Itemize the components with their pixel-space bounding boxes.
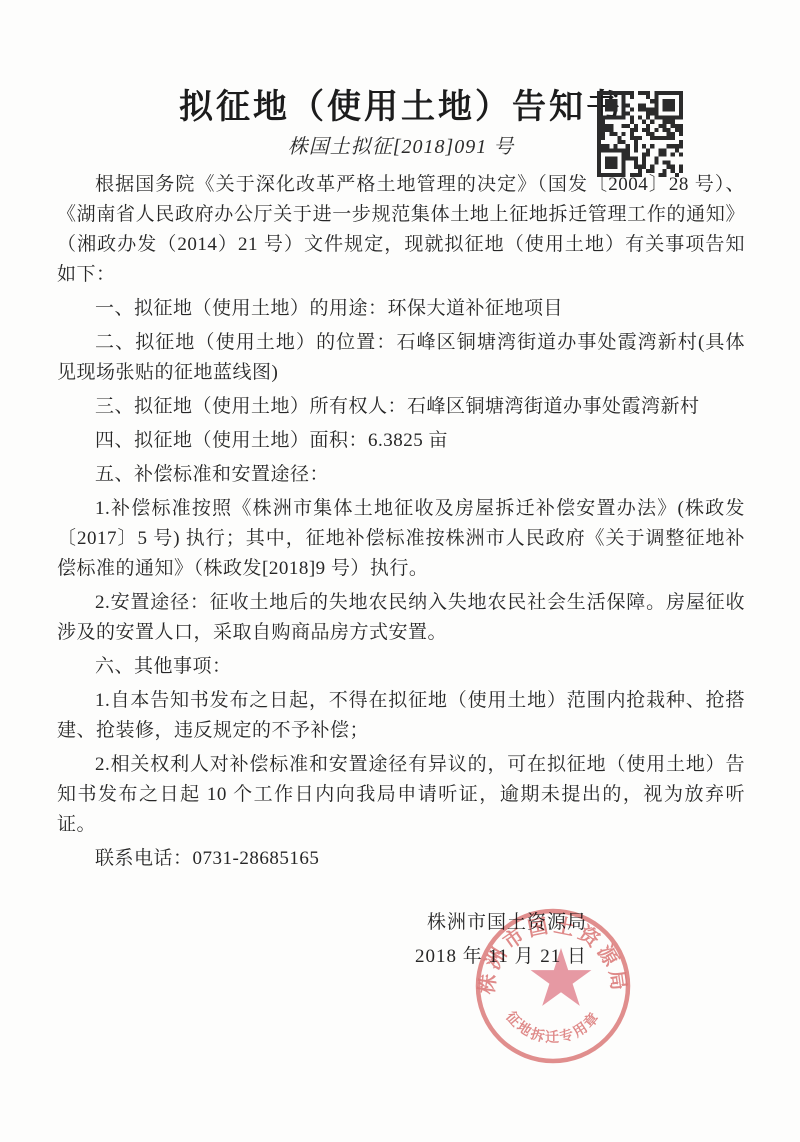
paragraph-item-3: 三、拟征地（使用土地）所有权人：石峰区铜塘湾街道办事处霞湾新村: [57, 392, 745, 422]
contact-phone-line: 联系电话：0731-28685165: [57, 844, 745, 874]
paragraph-item-5: 五、补偿标准和安置途径：: [57, 460, 745, 490]
signature-block: 株洲市国土资源局 2018 年 11 月 21 日: [57, 908, 745, 972]
notification-document-page: 拟征地（使用土地）告知书 株国土拟征[2018]091 号 根据国务院《关于深化…: [0, 0, 800, 1142]
document-body: 根据国务院《关于深化改革严格土地管理的决定》（国发〔2004〕28 号）、《湖南…: [57, 170, 745, 874]
paragraph-item-4: 四、拟征地（使用土地）面积：6.3825 亩: [57, 426, 745, 456]
seal-star-icon: [531, 948, 592, 1006]
paragraph-item-1: 一、拟征地（使用土地）的用途：环保大道补征地项目: [57, 294, 745, 324]
paragraph-item-6: 六、其他事项：: [57, 652, 745, 682]
paragraph-item-5-sub-1: 1.补偿标准按照《株洲市集体土地征收及房屋拆迁补偿安置办法》(株政发〔2017〕…: [57, 494, 745, 584]
seal-bottom-text: 征地拆迁专用章: [502, 1008, 603, 1046]
paragraph-item-6-sub-1: 1.自本告知书发布之日起，不得在拟征地（使用土地）范围内抢栽种、抢搭建、抢装修，…: [57, 686, 745, 746]
qr-code-icon: [597, 91, 683, 177]
official-seal: 株洲市国土资源局 征地拆迁专用章: [470, 903, 636, 1069]
paragraph-item-2: 二、拟征地（使用土地）的位置：石峰区铜塘湾街道办事处霞湾新村(具体见现场张贴的征…: [57, 328, 745, 388]
paragraph-item-6-sub-2: 2.相关权利人对补偿标准和安置途径有异议的，可在拟征地（使用土地）告知书发布之日…: [57, 750, 745, 840]
paragraph-item-5-sub-2: 2.安置途径：征收土地后的失地农民纳入失地农民社会生活保障。房屋征收涉及的安置人…: [57, 588, 745, 648]
paragraph-intro: 根据国务院《关于深化改革严格土地管理的决定》（国发〔2004〕28 号）、《湖南…: [57, 170, 745, 290]
